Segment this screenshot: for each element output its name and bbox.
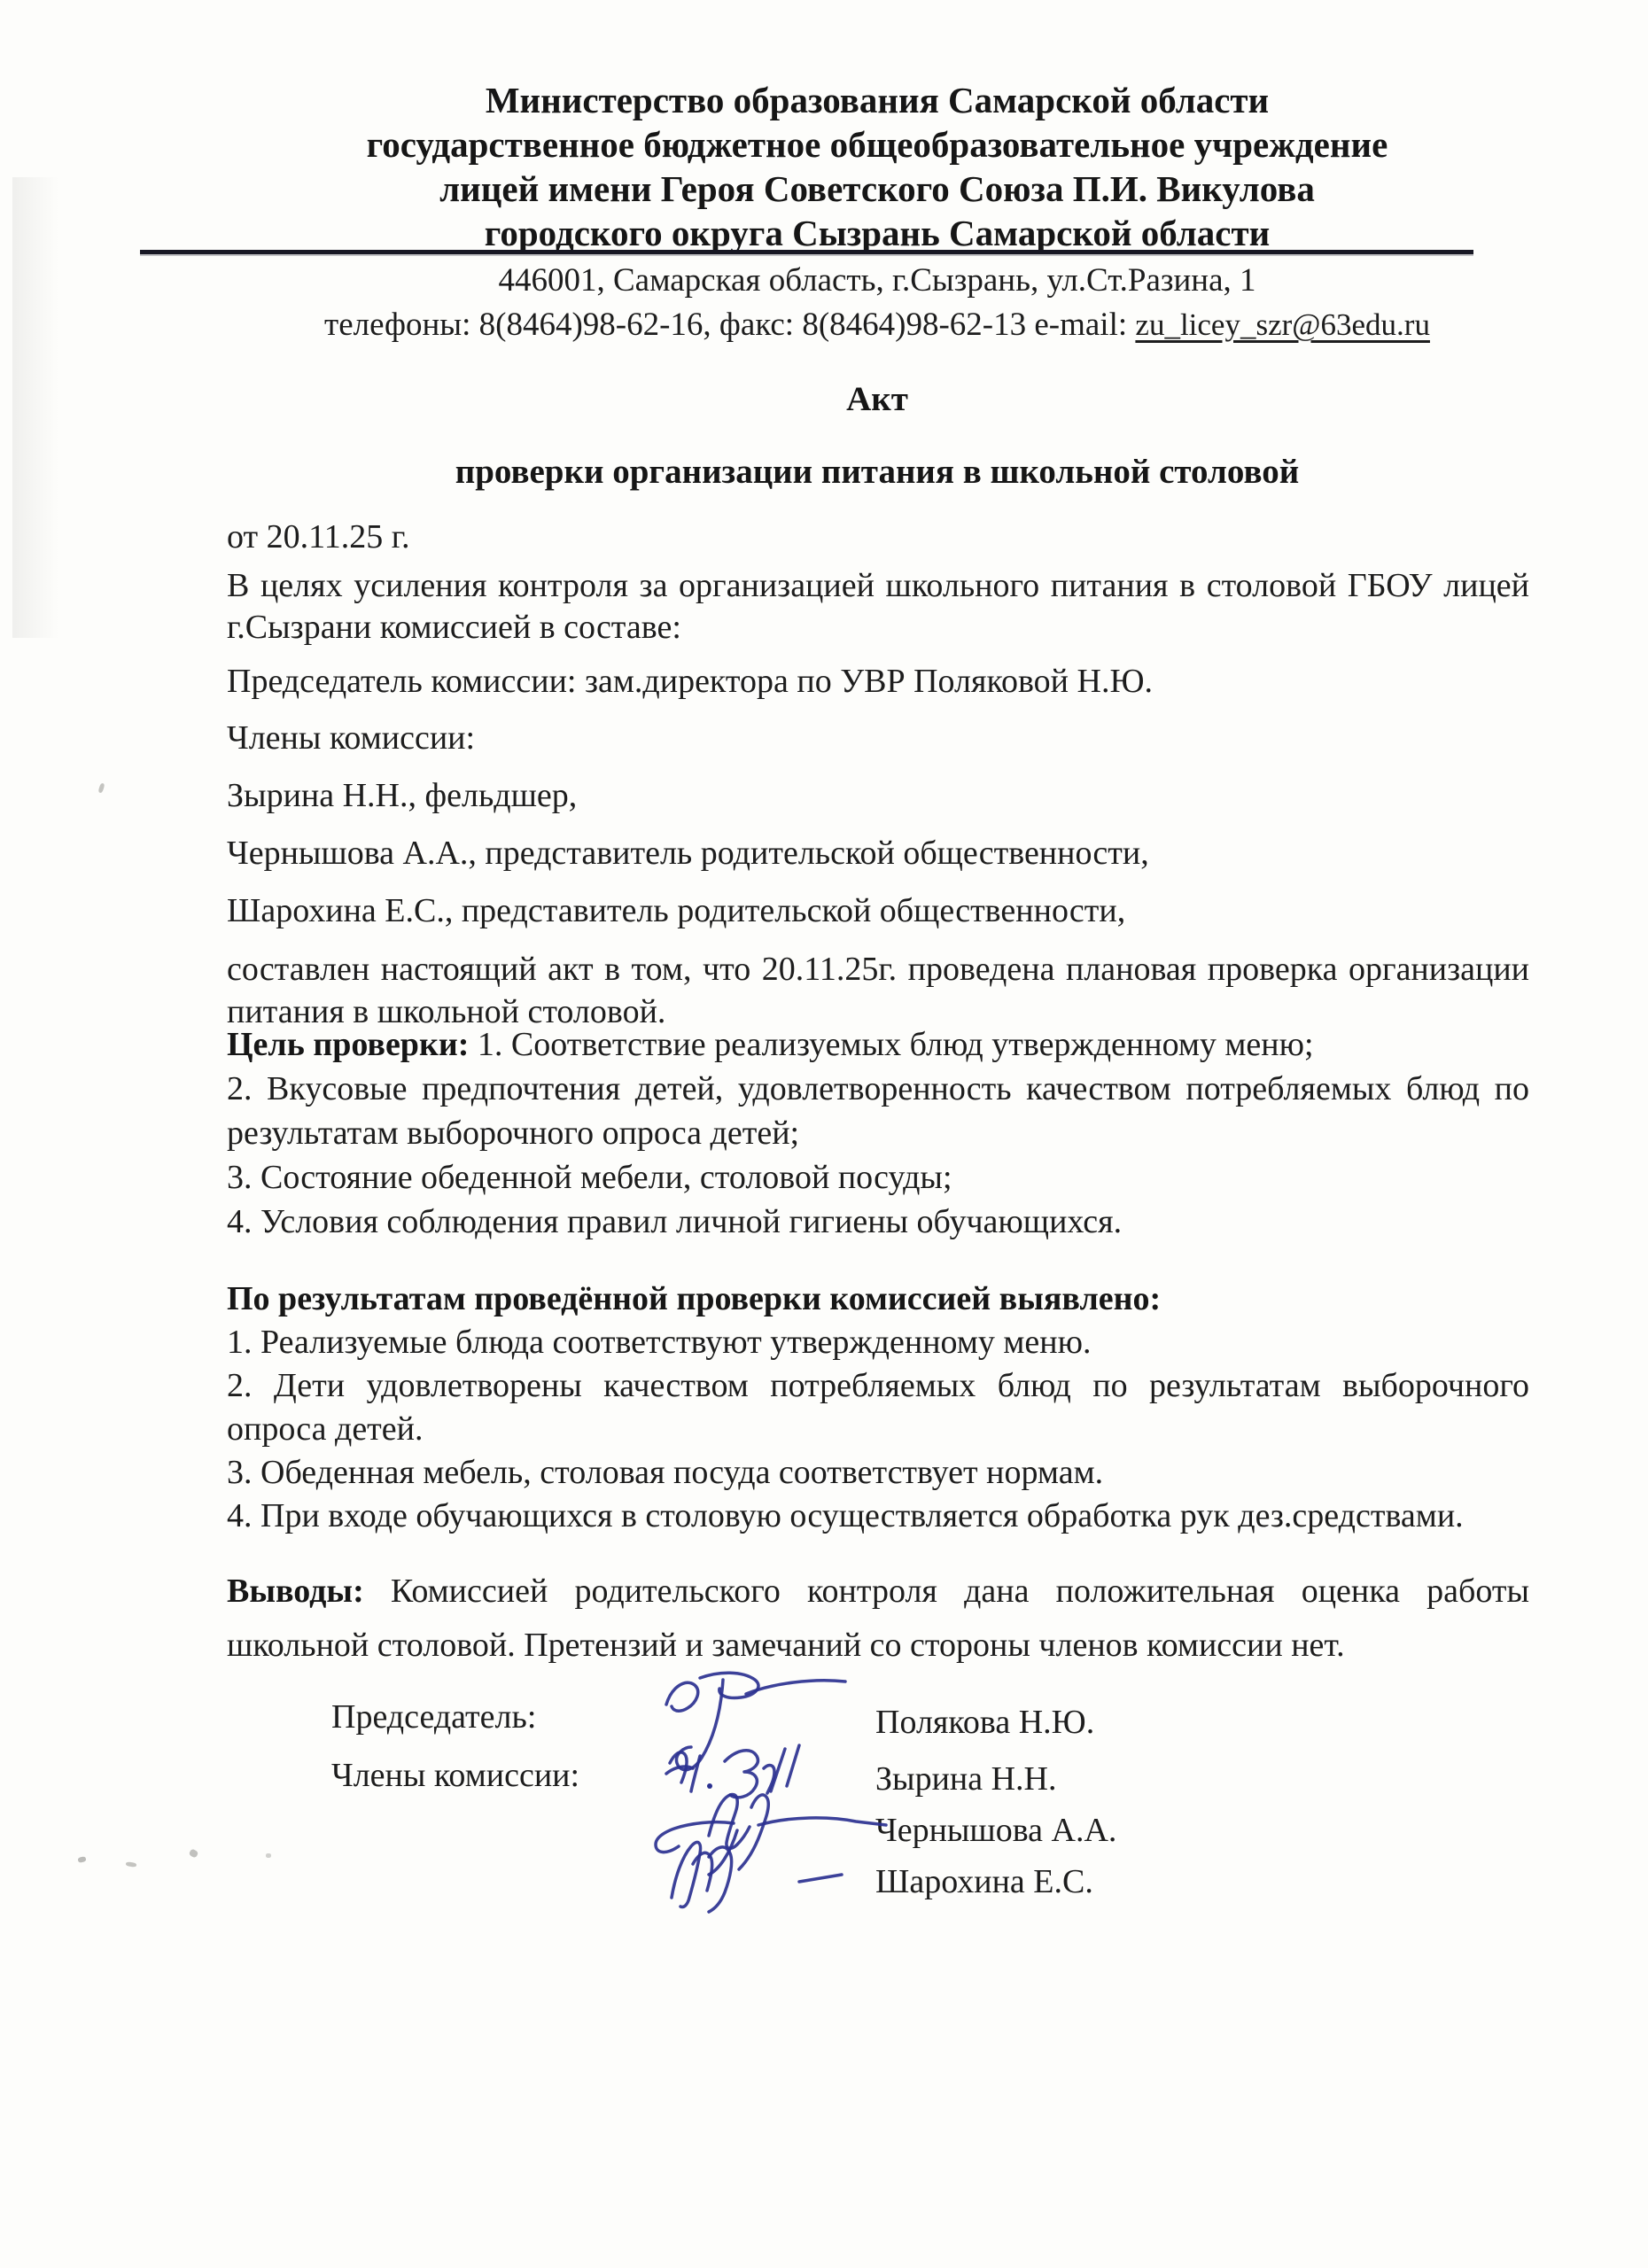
address-line: 446001, Самарская область, г.Сызрань, ул… [222, 260, 1533, 302]
intro-paragraph: В целях усиления контроля за организацие… [227, 565, 1529, 649]
purpose-item: 4. Условия соблюдения правил личной гиги… [227, 1200, 1529, 1244]
chairman-line: Председатель комиссии: зам.директора по … [227, 661, 1529, 703]
signature-polyakova-ink [666, 1673, 845, 1769]
signature-chairman-label: Председатель: [331, 1697, 536, 1736]
document-page: Министерство образования Самарской облас… [0, 0, 1648, 2268]
letterhead: Министерство образования Самарской облас… [222, 78, 1533, 255]
email-link[interactable]: zu_licey_szr@63edu.ru [1135, 307, 1430, 342]
results-item: 4. При входе обучающихся в столовую осущ… [227, 1495, 1529, 1538]
scan-speck [126, 1861, 137, 1868]
lyceum-name-line: лицей имени Героя Советского Союза П.И. … [222, 167, 1533, 211]
purpose-item: 2. Вкусовые предпочтения детей, удовлетв… [227, 1067, 1529, 1155]
member-line: Зырина Н.Н., фельдшер, [227, 775, 1529, 817]
results-item: 2. Дети удовлетворены качеством потребля… [227, 1364, 1529, 1451]
conclusions-label: Выводы: [227, 1573, 364, 1610]
signer-name: Зырина Н.Н. [875, 1759, 1057, 1798]
purpose-first-line: Цель проверки: 1. Соответствие реализуем… [227, 1022, 1529, 1067]
member-line: Шарохина Е.С., представитель родительско… [227, 890, 1529, 932]
purpose-item: 3. Состояние обеденной мебели, столовой … [227, 1155, 1529, 1200]
conclusions-text: Комиссией родительского контроля дана по… [227, 1573, 1529, 1664]
results-heading: По результатам проведённой проверки коми… [227, 1278, 1529, 1321]
signature-zyrina-ink [666, 1745, 799, 1798]
scan-smudge [12, 177, 58, 638]
results-item: 3. Обеденная мебель, столовая посуда соо… [227, 1451, 1529, 1495]
document-title: Акт [222, 379, 1533, 419]
conclusions-paragraph: Выводы: Комиссией родительского контроля… [227, 1565, 1529, 1673]
act-composed-paragraph: составлен настоящий акт в том, что 20.11… [227, 948, 1529, 1033]
results-item: 1. Реализуемые блюда соответствуют утвер… [227, 1321, 1529, 1364]
institution-type-line: государственное бюджетное общеобразовате… [222, 122, 1533, 167]
signature-members-label: Члены комиссии: [331, 1756, 579, 1795]
signer-name: Шарохина Е.С. [875, 1862, 1093, 1901]
signer-name: Полякова Н.Ю. [875, 1703, 1094, 1742]
date-line: от 20.11.25 г. [227, 517, 410, 556]
members-heading: Члены комиссии: [227, 718, 1529, 759]
signer-name: Чернышова А.А. [875, 1811, 1116, 1850]
results-section: По результатам проведённой проверки коми… [227, 1278, 1529, 1538]
purpose-section: Цель проверки: 1. Соответствие реализуем… [227, 1022, 1529, 1244]
scan-speck [189, 1848, 199, 1858]
scan-speck [77, 1856, 86, 1863]
ministry-line: Министерство образования Самарской облас… [222, 78, 1533, 122]
document-subtitle: проверки организации питания в школьной … [222, 452, 1533, 492]
city-district-line: городского округа Сызрань Самарской обла… [222, 211, 1533, 255]
scan-speck [97, 782, 105, 793]
purpose-label: Цель проверки: [227, 1026, 469, 1063]
scan-speck [266, 1853, 271, 1858]
purpose-item: 1. Соответствие реализуемых блюд утвержд… [478, 1026, 1314, 1063]
signature-chernyshova-ink [656, 1795, 886, 1875]
signature-sharokhina-ink [672, 1842, 842, 1912]
phones-fax-text: телефоны: 8(8464)98-62-16, факс: 8(8464)… [324, 307, 1127, 343]
letterhead-divider [140, 250, 1473, 254]
member-line: Чернышова А.А., представитель родительск… [227, 833, 1529, 874]
contacts-line: телефоны: 8(8464)98-62-16, факс: 8(8464)… [222, 304, 1533, 346]
